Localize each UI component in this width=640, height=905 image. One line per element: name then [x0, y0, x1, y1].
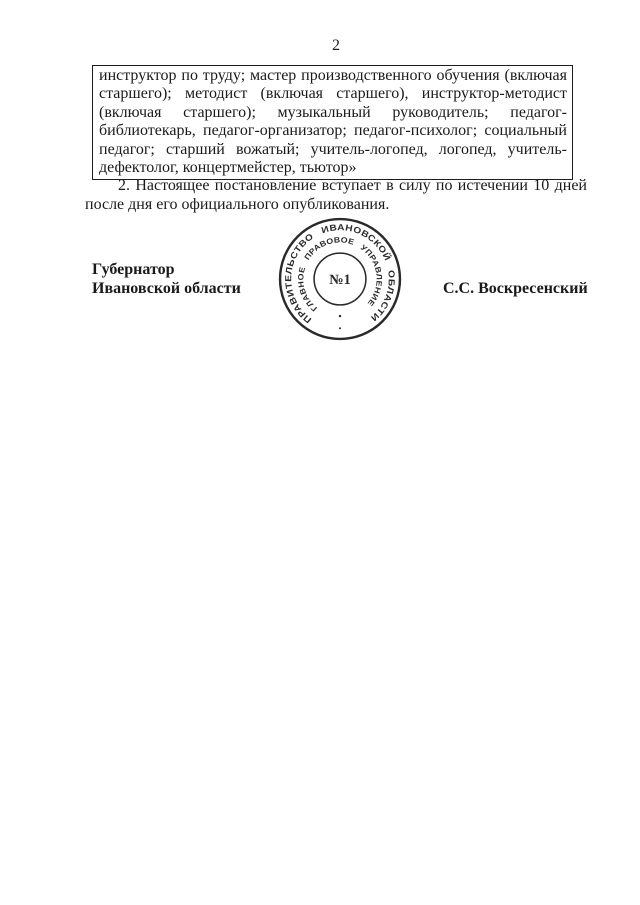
paragraph-line: после дня его официального опубликования…	[85, 195, 587, 214]
signatory-title: Губернатор Ивановской области	[92, 260, 241, 298]
table-text-line: библиотекарь, педагог-организатор; педаг…	[99, 122, 567, 140]
table-text-line: инструктор по труду; мастер производстве…	[99, 67, 567, 85]
table-text-line: старшего); методист (включая старшего), …	[99, 85, 567, 103]
signatory-name: С.С. Воскресенский	[443, 279, 588, 298]
paragraph-line: 2. Настоящее постановление вступает в си…	[85, 176, 587, 195]
table-text-line: педагог; старший вожатый; учитель-логопе…	[99, 141, 567, 159]
page-number: 2	[85, 36, 587, 56]
stamp-inner-separator-dot	[339, 315, 341, 317]
stamp-svg: ПРАВИТЕЛЬСТВО ИВАНОВСКОЙ ОБЛАСТИ ГЛАВНОЕ…	[277, 216, 403, 342]
stamp-number: №1	[329, 272, 350, 288]
table-text-line: дефектолог, концертмейстер, тьютор»	[99, 159, 567, 177]
document-page: 2 инструктор по труду; мастер производст…	[0, 0, 640, 905]
signatory-title-line1: Губернатор	[92, 260, 241, 279]
signatory-title-line2: Ивановской области	[92, 279, 241, 298]
amendment-table-box: инструктор по труду; мастер производстве…	[92, 65, 573, 180]
stamp-outer-separator-dot	[339, 327, 341, 329]
table-text-line: (включая старшего); музыкальный руководи…	[99, 104, 567, 122]
official-stamp: ПРАВИТЕЛЬСТВО ИВАНОВСКОЙ ОБЛАСТИ ГЛАВНОЕ…	[277, 216, 403, 342]
body-paragraph: 2. Настоящее постановление вступает в си…	[85, 176, 587, 214]
